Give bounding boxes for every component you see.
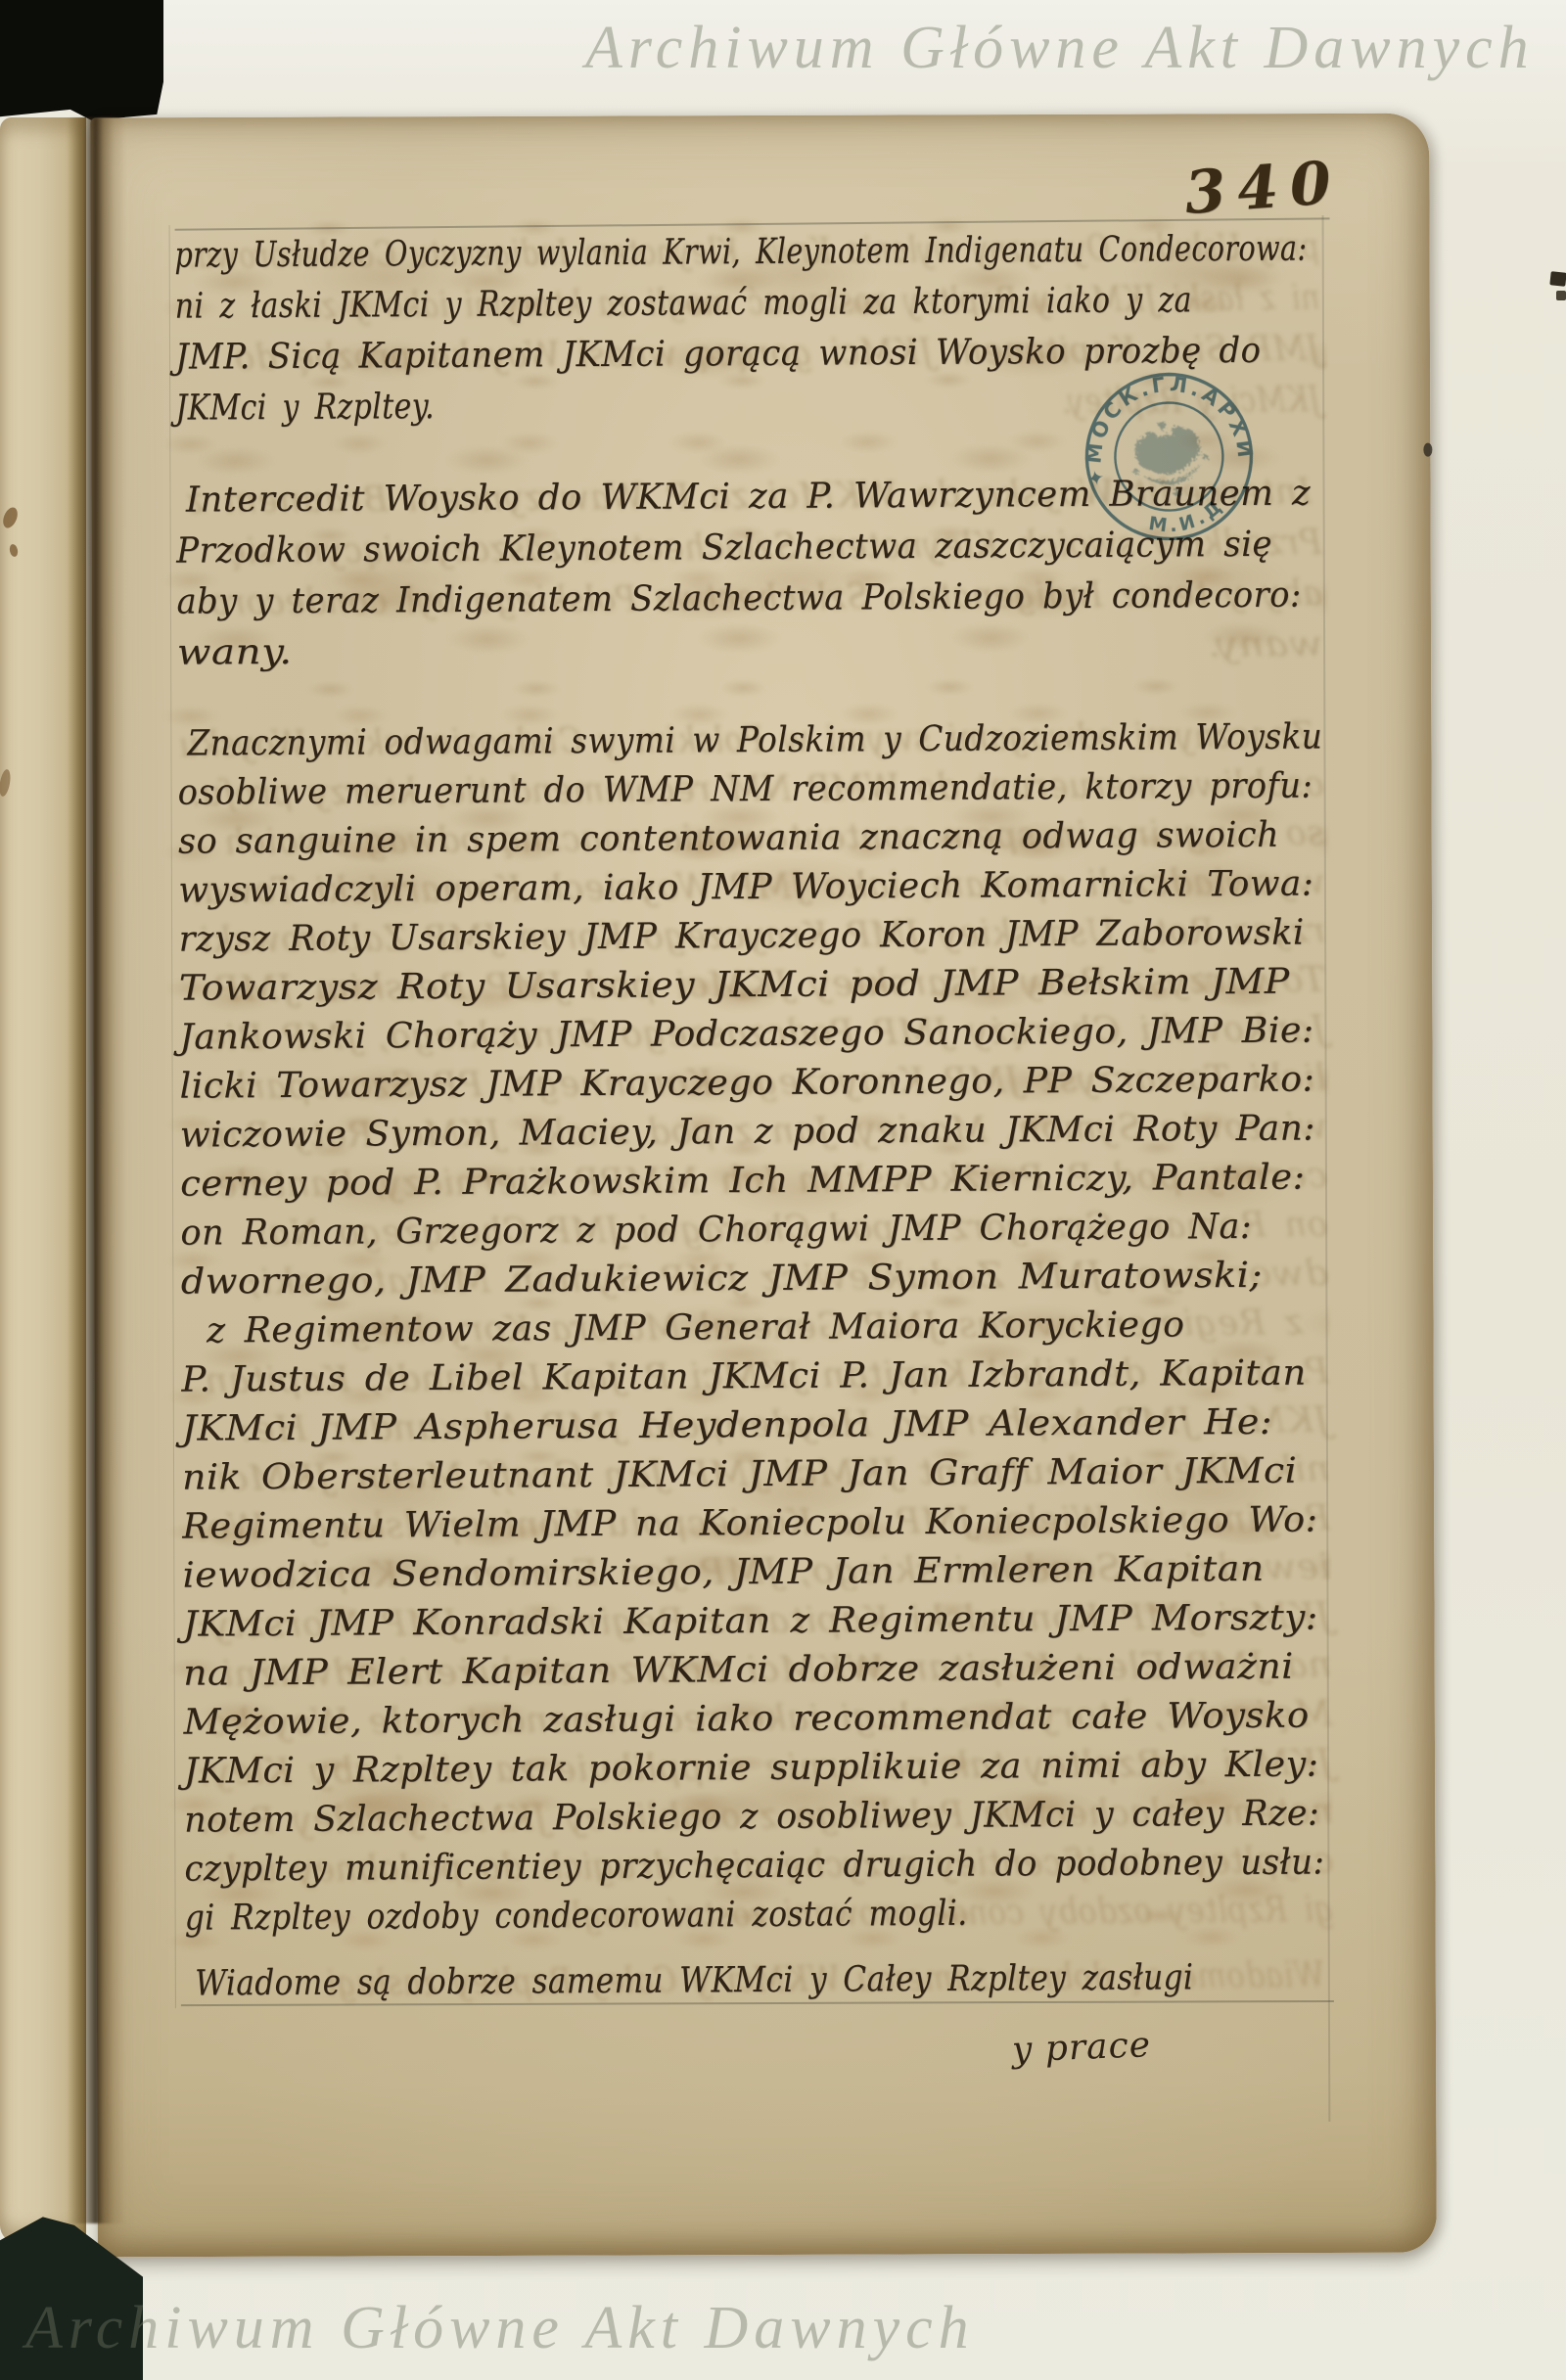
manuscript-line: JKMci JMP Konradski Kapitan z Regimentu …: [183, 1594, 1318, 1650]
archive-watermark-bottom: Archiwum Główne Akt Dawnych: [25, 2294, 975, 2362]
ink-speck: [1423, 443, 1432, 457]
manuscript-line: so sanguine in spem contentowania znaczn…: [178, 811, 1279, 867]
manuscript-line: Mężowie, ktorych zasługi iako recommenda…: [183, 1692, 1309, 1748]
archive-watermark-top: Archiwum Główne Akt Dawnych: [585, 14, 1535, 82]
archive-stamp: ✦МОСК.ГЛ.АРХИВЪ М.И.Д: [1041, 329, 1298, 585]
manuscript-line: Regimentu Wielm JMP na Koniecpolu Koniec…: [182, 1496, 1317, 1552]
manuscript-line: czypltey munificentiey przychęcaiąc drug…: [184, 1838, 1324, 1894]
folio-page-number: 340: [1182, 151, 1345, 225]
manuscript-line: osobliwe meruerunt do WMP NM recommendat…: [178, 762, 1313, 818]
manuscript-line: nik Obersterleutnant JKMci JMP Jan Graff…: [182, 1447, 1298, 1503]
manuscript-line: P. Justus de Libel Kapitan JKMci P. Jan …: [181, 1350, 1307, 1405]
book-gutter-shadow: [69, 117, 125, 2223]
manuscript-line: iewodzica Sendomirskiego, JMP Jan Ermler…: [182, 1545, 1264, 1601]
manuscript-line: na JMP Elert Kapitan WKMci dobrze zasłuż…: [183, 1643, 1294, 1699]
manuscript-line: licki Towarzysz JMP Krayczego Koronnego,…: [179, 1056, 1314, 1112]
fore-edge-mark: [1556, 291, 1566, 300]
manuscript-line: notem Szlachectwa Polskiego z osobliwey …: [184, 1790, 1319, 1846]
manuscript-line: Wiadome są dobrze samemu WKMci y Całey R…: [195, 1952, 1193, 2009]
manuscript-line: dwornego, JMP Zadukiewicz JMP Symon Mura…: [181, 1252, 1263, 1307]
manuscript-line: JKMci y Rzpltey.: [175, 382, 435, 435]
manuscript-line: wany.: [177, 627, 293, 679]
manuscript-line: rzysz Roty Usarskiey JMP Krayczego Koron…: [178, 909, 1304, 965]
manuscript-line: aby y teraz Indigenatem Szlachectwa Pols…: [176, 571, 1302, 628]
manuscript-line: Towarzysz Roty Usarskiey JKMci pod JMP B…: [179, 958, 1290, 1014]
manuscript-line: ni z łaski JKMci y Rzpltey zostawać mogl…: [175, 275, 1193, 332]
catchword: y prace: [1011, 2020, 1152, 2076]
manuscript-line: gi Rzpltey ozdoby condecorowani zostać m…: [185, 1890, 968, 1944]
manuscript-line: przy Usłudze Oyczyzny wylania Krwi, Kley…: [174, 224, 1307, 282]
manuscript-line: wyswiadczyli operam, iako JMP Woyciech K…: [178, 860, 1313, 916]
manuscript-line: Jankowski Chorąży JMP Podczaszego Sanock…: [179, 1007, 1314, 1063]
manuscript-line: JKMci y Rzpltey tak pokornie supplikuie …: [184, 1741, 1319, 1797]
archival-scan: { "watermarks": { "top": "Archiwum Główn…: [0, 0, 1566, 2380]
manuscript-line: cerney pod P. Prażkowskim Ich MMPP Kiern…: [180, 1154, 1306, 1210]
manuscript-line: JKMci JMP Aspherusa Heydenpola JMP Alexa…: [182, 1398, 1273, 1454]
scanner-black-corner: [0, 0, 163, 120]
manuscript-line: Znacznymi odwagami swymi w Polskim y Cud…: [187, 712, 1322, 768]
manuscript-paragraph: Znacznymi odwagami swymi w Polskim y Cud…: [177, 712, 1332, 1943]
manuscript-page: przy Usłudze Oyczyzny wylania Krwi, Kley…: [90, 114, 1437, 2258]
manuscript-paragraph: Wiadome są dobrze samemu WKMci y Całey R…: [185, 1951, 1332, 2009]
fore-edge-mark: [1549, 271, 1566, 287]
manuscript-line: on Roman, Grzegorz z pod Chorągwi JMP Ch…: [180, 1203, 1252, 1259]
manuscript-line: wiczowie Symon, Maciey, Jan z pod znaku …: [180, 1105, 1315, 1161]
manuscript-line: z Regimentow zas JMP Generał Maiora Kory…: [207, 1301, 1185, 1355]
